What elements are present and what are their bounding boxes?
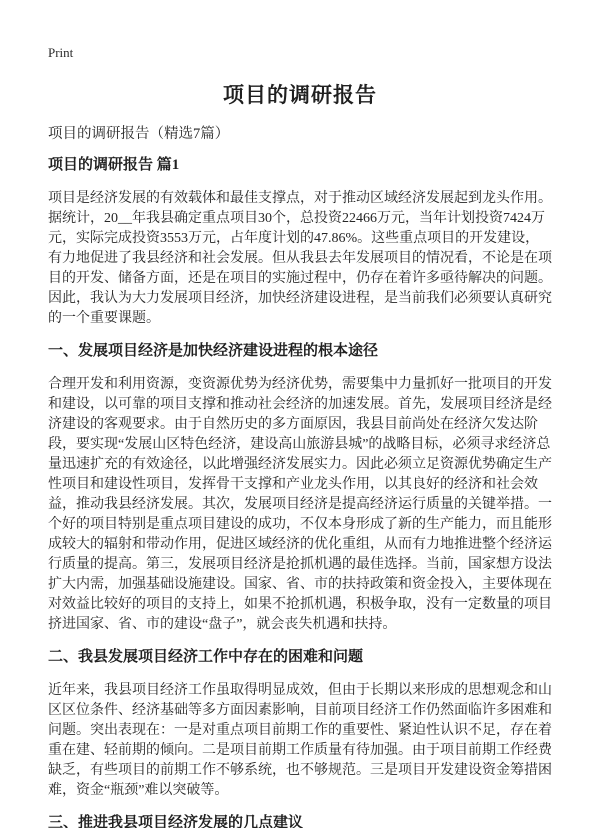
print-button[interactable]: Print xyxy=(48,45,73,60)
document-title: 项目的调研报告 xyxy=(48,82,552,108)
paragraph-intro: 项目是经济发展的有效载体和最佳支撑点，对于推动区域经济发展起到龙头作用。据统计，… xyxy=(48,189,552,329)
document-subtitle: 项目的调研报告（精选7篇） xyxy=(48,125,552,143)
section-heading-1: 一、发展项目经济是加快经济建设进程的根本途径 xyxy=(48,342,552,361)
paragraph-section-2: 近年来，我县项目经济工作虽取得明显成效，但由于长期以来形成的思想观念和山区区位条… xyxy=(48,681,552,801)
document-page: Print 项目的调研报告 项目的调研报告（精选7篇） 项目的调研报告 篇1 项… xyxy=(0,0,600,828)
paragraph-section-1: 合理开发和利用资源，变资源优势为经济优势，需要集中力量抓好一批项目的开发和建设，… xyxy=(48,375,552,635)
section-heading-3: 三、推进我县项目经济发展的几点建议 xyxy=(48,814,552,828)
section-heading-2: 二、我县发展项目经济工作中存在的困难和问题 xyxy=(48,648,552,667)
section-heading-part1: 项目的调研报告 篇1 xyxy=(48,156,552,175)
